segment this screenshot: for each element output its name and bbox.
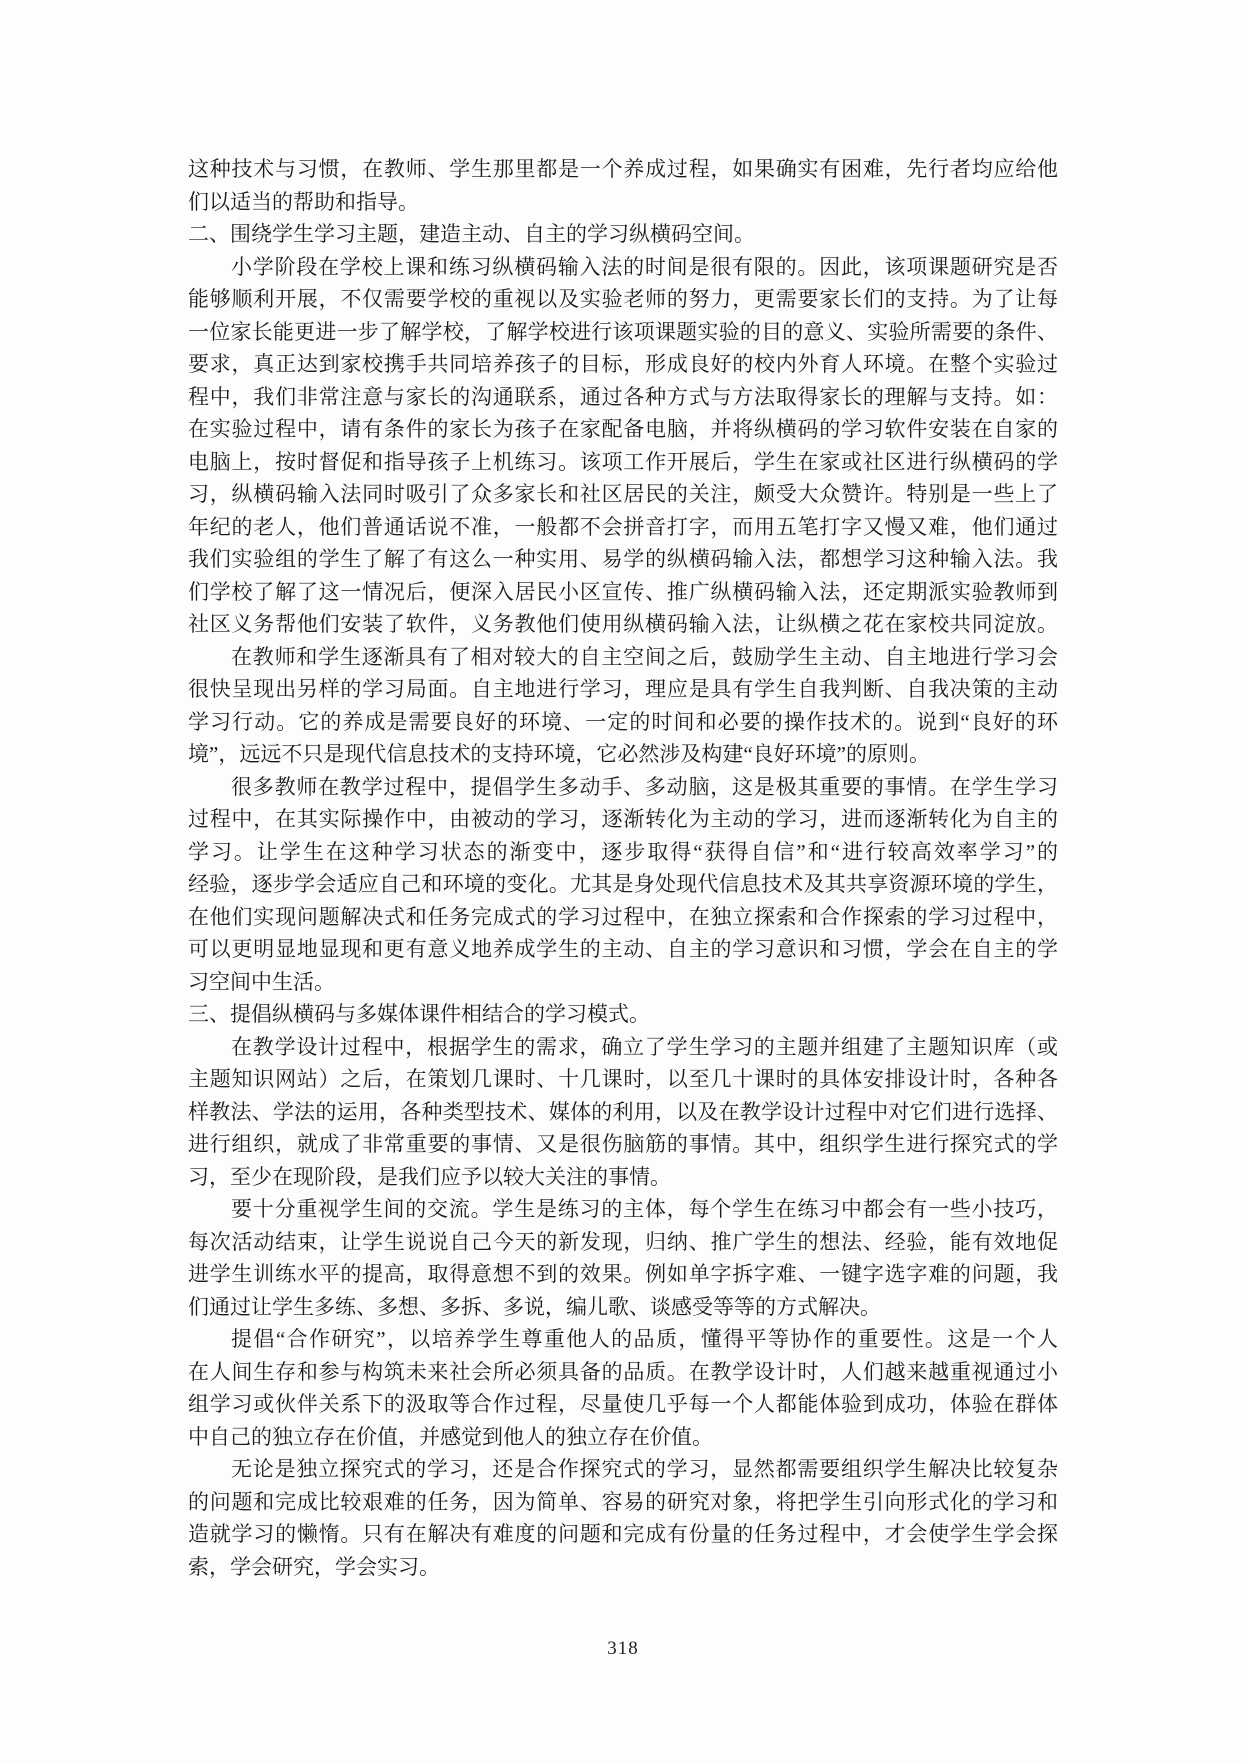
text-line: 每次活动结束，让学生说说自己今天的新发现，归纳、推广学生的想法、经验，能有效地促 bbox=[188, 1226, 1058, 1259]
text-line: 学习行动。它的养成是需要良好的环境、一定的时间和必要的操作技术的。说到“良好的环 bbox=[188, 706, 1058, 739]
text-line: 习，至少在现阶段，是我们应予以较大关注的事情。 bbox=[188, 1161, 1058, 1194]
text-line: 境”，远远不只是现代信息技术的支持环境，它必然涉及构建“良好环境”的原则。 bbox=[188, 738, 1058, 771]
text-line: 很快呈现出另样的学习局面。自主地进行学习，理应是具有学生自我判断、自我决策的主动 bbox=[188, 673, 1058, 706]
text-line: 在教师和学生逐渐具有了相对较大的自主空间之后，鼓励学生主动、自主地进行学习会 bbox=[188, 641, 1058, 674]
text-line: 一位家长能更进一步了解学校，了解学校进行该项课题实验的目的意义、实验所需要的条件… bbox=[188, 316, 1058, 349]
text-line: 能够顺利开展，不仅需要学校的重视以及实验老师的努力，更需要家长们的支持。为了让每 bbox=[188, 283, 1058, 316]
text-line: 无论是独立探究式的学习，还是合作探究式的学习，显然都需要组织学生解决比较复杂 bbox=[188, 1453, 1058, 1486]
text-line: 习，纵横码输入法同时吸引了众多家长和社区居民的关注，颇受大众赞许。特别是一些上了 bbox=[188, 478, 1058, 511]
text-line: 在他们实现问题解决式和任务完成式的学习过程中，在独立探索和合作探索的学习过程中， bbox=[188, 901, 1058, 934]
text-line: 提倡“合作研究”，以培养学生尊重他人的品质，懂得平等协作的重要性。这是一个人 bbox=[188, 1323, 1058, 1356]
text-line: 在人间生存和参与构筑未来社会所必须具备的品质。在教学设计时，人们越来越重视通过小 bbox=[188, 1356, 1058, 1389]
text-line: 样教法、学法的运用，各种类型技术、媒体的利用，以及在教学设计过程中对它们进行选择… bbox=[188, 1096, 1058, 1129]
document-body-text: 这种技术与习惯，在教师、学生那里都是一个养成过程，如果确实有困难，先行者均应给他… bbox=[188, 153, 1058, 1583]
text-line: 学习。让学生在这种学习状态的渐变中，逐步取得“获得自信”和“进行较高效率学习”的 bbox=[188, 836, 1058, 869]
text-line: 主题知识网站）之后，在策划几课时、十几课时，以至几十课时的具体安排设计时，各种各 bbox=[188, 1063, 1058, 1096]
text-line: 很多教师在教学过程中，提倡学生多动手、多动脑，这是极其重要的事情。在学生学习 bbox=[188, 771, 1058, 804]
text-line: 过程中，在其实际操作中，由被动的学习，逐渐转化为主动的学习，进而逐渐转化为自主的 bbox=[188, 803, 1058, 836]
section-heading: 三、提倡纵横码与多媒体课件相结合的学习模式。 bbox=[188, 998, 1058, 1031]
text-line: 我们实验组的学生了解了有这么一种实用、易学的纵横码输入法，都想学习这种输入法。我 bbox=[188, 543, 1058, 576]
text-line: 这种技术与习惯，在教师、学生那里都是一个养成过程，如果确实有困难，先行者均应给他 bbox=[188, 153, 1058, 186]
text-line: 进行组织，就成了非常重要的事情、又是很伤脑筋的事情。其中，组织学生进行探究式的学 bbox=[188, 1128, 1058, 1161]
text-line: 中自己的独立存在价值，并感觉到他人的独立存在价值。 bbox=[188, 1421, 1058, 1454]
text-line: 索，学会研究，学会实习。 bbox=[188, 1551, 1058, 1584]
page-number: 318 bbox=[0, 1638, 1246, 1660]
text-line: 在实验过程中，请有条件的家长为孩子在家配备电脑，并将纵横码的学习软件安装在自家的 bbox=[188, 413, 1058, 446]
text-line: 在教学设计过程中，根据学生的需求，确立了学生学习的主题并组建了主题知识库（或 bbox=[188, 1031, 1058, 1064]
document-page: 这种技术与习惯，在教师、学生那里都是一个养成过程，如果确实有困难，先行者均应给他… bbox=[0, 0, 1246, 1763]
text-line: 社区义务帮他们安装了软件，义务教他们使用纵横码输入法，让纵横之花在家校共同淀放。 bbox=[188, 608, 1058, 641]
text-line: 组学习或伙伴关系下的汲取等合作过程，尽量使几乎每一个人都能体验到成功，体验在群体 bbox=[188, 1388, 1058, 1421]
text-line: 习空间中生活。 bbox=[188, 966, 1058, 999]
text-line: 小学阶段在学校上课和练习纵横码输入法的时间是很有限的。因此，该项课题研究是否 bbox=[188, 251, 1058, 284]
text-line: 经验，逐步学会适应自己和环境的变化。尤其是身处现代信息技术及其共享资源环境的学生… bbox=[188, 868, 1058, 901]
text-line: 可以更明显地显现和更有意义地养成学生的主动、自主的学习意识和习惯，学会在自主的学 bbox=[188, 933, 1058, 966]
text-line: 们以适当的帮助和指导。 bbox=[188, 186, 1058, 219]
text-line: 电脑上，按时督促和指导孩子上机练习。该项工作开展后，学生在家或社区进行纵横码的学 bbox=[188, 446, 1058, 479]
text-line: 们通过让学生多练、多想、多拆、多说，编儿歌、谈感受等等的方式解决。 bbox=[188, 1291, 1058, 1324]
text-line: 要求，真正达到家校携手共同培养孩子的目标，形成良好的校内外育人环境。在整个实验过 bbox=[188, 348, 1058, 381]
text-line: 程中，我们非常注意与家长的沟通联系，通过各种方式与方法取得家长的理解与支持。如： bbox=[188, 381, 1058, 414]
text-line: 造就学习的懒惰。只有在解决有难度的问题和完成有份量的任务过程中，才会使学生学会探 bbox=[188, 1518, 1058, 1551]
text-line: 的问题和完成比较艰难的任务，因为简单、容易的研究对象，将把学生引向形式化的学习和 bbox=[188, 1486, 1058, 1519]
text-line: 进学生训练水平的提高，取得意想不到的效果。例如单字拆字难、一键字选字难的问题，我 bbox=[188, 1258, 1058, 1291]
section-heading: 二、围绕学生学习主题，建造主动、自主的学习纵横码空间。 bbox=[188, 218, 1058, 251]
text-line: 们学校了解了这一情况后，便深入居民小区宣传、推广纵横码输入法，还定期派实验教师到 bbox=[188, 576, 1058, 609]
text-line: 要十分重视学生间的交流。学生是练习的主体，每个学生在练习中都会有一些小技巧， bbox=[188, 1193, 1058, 1226]
text-line: 年纪的老人，他们普通话说不准，一般都不会拼音打字，而用五笔打字又慢又难，他们通过 bbox=[188, 511, 1058, 544]
